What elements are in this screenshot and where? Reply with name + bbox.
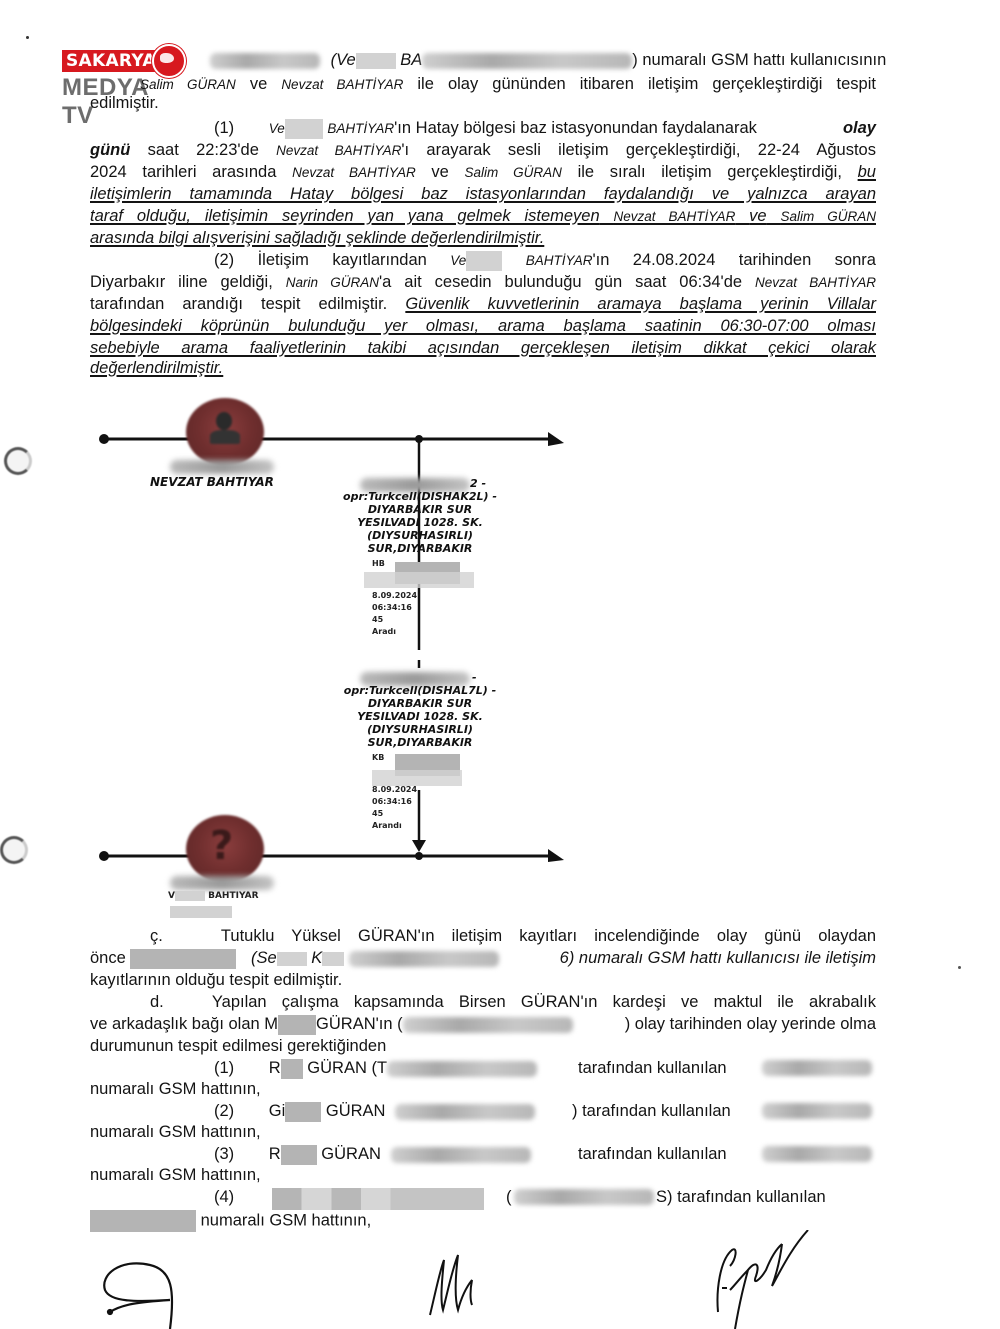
record-duration: 45 <box>372 614 417 626</box>
redacted-id <box>391 1147 531 1163</box>
item-text: numaralı GSM hattının, <box>201 1211 372 1229</box>
section-label: ç. <box>150 927 163 945</box>
bottom-record-details: 8.09.2024 06:34:16 45 Arandı <box>372 784 417 832</box>
redacted-name <box>175 891 205 901</box>
name-surname: BAHTIYAR <box>208 891 258 901</box>
section-d-line-3: durumunun tespit edilmesi gerektiğinden <box>90 1036 876 1056</box>
section-text: Tutuklu Yüksel GÜRAN'ın iletişim kayıtla… <box>221 927 876 945</box>
record-date: 8.09.2024 <box>372 590 417 602</box>
item-number: (4) <box>214 1188 234 1206</box>
redacted-number <box>170 906 232 918</box>
redacted-number <box>170 460 274 474</box>
section-c-line-1: ç. Tutuklu Yüksel GÜRAN'ın iletişim kayı… <box>150 926 876 946</box>
top-person-name: NEVZAT BAHTIYAR <box>150 476 274 489</box>
unknown-person-icon: ? <box>186 815 264 883</box>
call-timeline-diagram <box>0 0 1000 930</box>
record-line: DIYARBAKIR SUR <box>320 503 520 516</box>
record-line: YESILVADI 1028. SK. <box>320 516 520 529</box>
redacted-phone <box>349 951 499 967</box>
section-text: K <box>311 949 322 967</box>
top-record-details: 8.09.2024 06:34:16 45 Aradı <box>372 590 417 638</box>
item-text: GÜRAN <box>326 1102 386 1120</box>
redacted-id <box>387 1061 537 1077</box>
section-d-line-1: d. Yapılan çalışma kapsamında Birsen GÜR… <box>150 992 876 1012</box>
section-text: ve arkadaşlık bağı olan M <box>90 1015 278 1033</box>
redacted-id <box>395 1104 535 1120</box>
section-text: Yapılan çalışma kapsamında Birsen GÜRAN'… <box>212 993 876 1011</box>
record-direction: Aradı <box>372 626 417 638</box>
bottom-record-number: - <box>472 671 477 684</box>
redacted-name <box>278 1015 316 1035</box>
item-text: tarafından kullanılan <box>578 1058 727 1078</box>
item-number: (3) <box>214 1145 234 1163</box>
record-line: SUR,DIYARBAKIR <box>320 736 520 749</box>
d-item-1-next: numaralı GSM hattının, <box>90 1079 876 1099</box>
section-text: ) olay tarihinden olay yerinde olma <box>625 1014 876 1034</box>
bottom-person-name: V BAHTIYAR <box>168 890 259 902</box>
record-line: (DIYSURHASIRLI) <box>320 723 520 736</box>
redacted-phone <box>762 1146 872 1162</box>
record-line: opr:Turkcell(DISHAK2L) - <box>320 490 520 503</box>
redacted-id <box>403 1017 573 1033</box>
redacted-phone <box>762 1103 872 1119</box>
section-c-line-2: önce (Se K 6) numaralı GSM hattı kullanı… <box>90 948 876 969</box>
record-line: opr:Turkcell(DISHAL7L) - <box>320 684 520 697</box>
person-photo-icon <box>186 398 264 466</box>
d-item-3-next: numaralı GSM hattının, <box>90 1165 876 1185</box>
record-date: 8.09.2024 <box>372 784 417 796</box>
signature-3 <box>718 1230 808 1329</box>
record-line: (DIYSURHASIRLI) <box>320 529 520 542</box>
name-initial: Gi <box>269 1102 286 1120</box>
redacted-phone <box>130 949 236 969</box>
redacted-name <box>285 1102 321 1122</box>
d-item-2-next: numaralı GSM hattının, <box>90 1122 876 1142</box>
bottom-record-operator: opr:Turkcell(DISHAL7L) - DIYARBAKIR SUR … <box>320 684 520 749</box>
name-initial: R <box>269 1145 281 1163</box>
item-number: (2) <box>214 1102 234 1120</box>
top-record-operator: opr:Turkcell(DISHAK2L) - DIYARBAKIR SUR … <box>320 490 520 555</box>
redacted-id <box>514 1189 654 1205</box>
top-record-code: HB <box>372 558 385 570</box>
top-record-number: 2 - <box>470 477 486 490</box>
record-line: SUR,DIYARBAKIR <box>320 542 520 555</box>
signature-2 <box>430 1255 472 1315</box>
d-item-3: (3) R GÜRAN tarafından kullanılan <box>90 1144 876 1165</box>
section-text: 6) numaralı GSM hattı kullanıcısı ile il… <box>560 948 876 968</box>
d-item-4: (4) ( S) tarafından kullanılan <box>90 1187 876 1207</box>
redacted-code <box>364 572 474 588</box>
record-direction: Arandı <box>372 820 417 832</box>
item-text: tarafından kullanılan <box>578 1144 727 1164</box>
d-item-4-next: numaralı GSM hattının, <box>90 1210 876 1232</box>
section-label: d. <box>150 993 164 1011</box>
section-text: önce <box>90 949 126 967</box>
record-time: 06:34:16 <box>372 602 417 614</box>
item-text: GÜRAN (T <box>307 1059 387 1077</box>
item-text: ) tarafından kullanılan <box>572 1101 731 1121</box>
signature-1 <box>104 1263 172 1329</box>
redacted-phone <box>90 1210 196 1232</box>
section-c-line-3: kayıtlarının olduğu tespit edilmiştir. <box>90 970 876 990</box>
redacted-name <box>272 1188 484 1210</box>
redacted-phone <box>762 1060 872 1076</box>
redacted-name <box>277 952 307 966</box>
record-line: DIYARBAKIR SUR <box>320 697 520 710</box>
bottom-record-code: KB <box>372 752 384 764</box>
redacted-number <box>170 876 274 890</box>
d-item-1: (1) R GÜRAN (T tarafından kullanılan <box>90 1058 876 1079</box>
item-text: GÜRAN <box>321 1145 381 1163</box>
redacted-name <box>281 1059 303 1079</box>
name-prefix: V <box>168 891 175 901</box>
record-time: 06:34:16 <box>372 796 417 808</box>
record-duration: 45 <box>372 808 417 820</box>
section-d-line-2: ve arkadaşlık bağı olan MGÜRAN'ın () ola… <box>90 1014 876 1035</box>
record-line: YESILVADI 1028. SK. <box>320 710 520 723</box>
signatures <box>0 1230 1000 1329</box>
section-text: (Se <box>251 949 277 967</box>
d-item-2: (2) Gi GÜRAN ) tarafından kullanılan <box>90 1101 876 1122</box>
item-text: S) tarafından kullanılan <box>656 1187 826 1207</box>
section-text: GÜRAN'ın ( <box>316 1015 403 1033</box>
redacted-name <box>322 952 344 966</box>
name-initial: R <box>269 1059 281 1077</box>
redacted-name <box>281 1145 317 1165</box>
scan-speck <box>958 966 961 969</box>
item-number: (1) <box>214 1059 234 1077</box>
